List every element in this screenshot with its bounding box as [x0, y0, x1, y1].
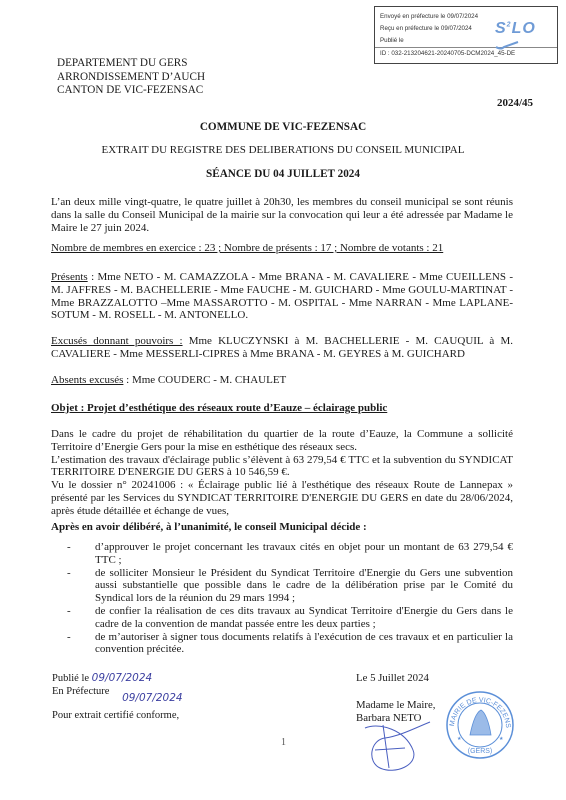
prefecture-line: En Préfecture 09/07/2024: [52, 685, 173, 697]
signatory-title: Madame le Maire,: [356, 699, 435, 712]
published-line: Publié le 09/07/2024: [52, 672, 152, 684]
proxies-label: Excusés donnant pouvoirs :: [51, 335, 183, 347]
svg-text:★: ★: [499, 736, 504, 742]
svg-text:★: ★: [457, 736, 462, 742]
prefecture-handwritten-date: 09/07/2024: [122, 692, 183, 704]
session-title: SÉANCE DU 04 JUILLET 2024: [0, 168, 566, 180]
decision-item-text: de m’autoriser à signer tous documents r…: [95, 631, 513, 656]
context-paragraph-1: Dans le cadre du projet de réhabilitatio…: [51, 428, 513, 454]
checkmark-swoosh-icon: [495, 41, 519, 51]
signature-date: Le 5 Juillet 2024: [356, 672, 429, 685]
decision-heading: Après en avoir délibéré, à l’unanimité, …: [51, 521, 513, 534]
attendance-counts: Nombre de membres en exercice : 23 ; Nom…: [51, 242, 513, 255]
presents-list: Présents : Mme NETO - M. CAMAZZOLA - Mme…: [51, 271, 513, 322]
stamp-received-date: Reçu en préfecture le 09/07/2024: [380, 25, 472, 32]
stamp-published: Publié le: [380, 37, 404, 44]
decision-item-text: d’approuver le projet concernant les tra…: [95, 541, 513, 566]
certified-statement: Pour extrait certifié conforme,: [52, 710, 179, 721]
deliberation-reference: 2024/45: [497, 97, 533, 109]
context-paragraph-2: L’estimation des travaux d'éclairage pub…: [51, 454, 513, 480]
decision-list: -d’approuver le projet concernant les tr…: [51, 541, 513, 656]
proxies-list: Excusés donnant pouvoirs : Mme KLUCZYNSK…: [51, 335, 513, 361]
svg-text:(GERS): (GERS): [468, 748, 493, 755]
decision-item: -de solliciter Monsieur le Président du …: [51, 567, 513, 605]
commune-title: COMMUNE DE VIC-FEZENSAC: [0, 121, 566, 133]
published-label: Publié le: [52, 673, 89, 684]
published-handwritten-date: 09/07/2024: [92, 672, 153, 684]
canton: CANTON DE VIC-FEZENSAC: [57, 84, 205, 98]
department: DEPARTEMENT DU GERS: [57, 57, 205, 71]
absents-names: : Mme COUDERC - M. CHAULET: [123, 374, 286, 386]
extract-title: EXTRAIT DU REGISTRE DES DELIBERATIONS DU…: [0, 144, 566, 156]
slo-logo: S2LO: [495, 20, 557, 56]
handwritten-signature: [355, 720, 435, 775]
decision-item: -de m’autoriser à signer tous documents …: [51, 631, 513, 657]
counts-text: Nombre de membres en exercice : 23 ; Nom…: [51, 242, 443, 254]
page-number: 1: [281, 737, 286, 748]
intro-paragraph: L’an deux mille vingt-quatre, le quatre …: [51, 196, 513, 234]
context-section: Dans le cadre du projet de réhabilitatio…: [51, 428, 513, 518]
absents-list: Absents excusés : Mme COUDERC - M. CHAUL…: [51, 374, 513, 387]
prefecture-label: En Préfecture: [52, 686, 109, 697]
bullet-dash: -: [67, 541, 71, 554]
presents-names: : Mme NETO - M. CAMAZZOLA - Mme BRANA - …: [51, 271, 513, 321]
context-paragraph-3: Vu le dossier n° 20241006 : « Éclairage …: [51, 479, 513, 517]
decision-item: -de confier la réalisation de ces dits t…: [51, 605, 513, 631]
decision-item: -d’approuver le projet concernant les tr…: [51, 541, 513, 567]
prefecture-stamp: Envoyé en préfecture le 09/07/2024 Reçu …: [374, 6, 558, 64]
absents-label: Absents excusés: [51, 374, 123, 386]
decision-item-text: de confier la réalisation de ces dits tr…: [95, 605, 513, 630]
bullet-dash: -: [67, 631, 71, 644]
municipal-seal-icon: MAIRIE DE VIC-FEZENSAC (GERS) ★ ★: [445, 690, 515, 760]
presents-label: Présents: [51, 271, 88, 283]
arrondissement: ARRONDISSEMENT D’AUCH: [57, 71, 205, 85]
stamp-sent-date: Envoyé en préfecture le 09/07/2024: [380, 13, 478, 20]
bullet-dash: -: [67, 567, 71, 580]
administrative-header: DEPARTEMENT DU GERS ARRONDISSEMENT D’AUC…: [57, 57, 205, 98]
bullet-dash: -: [67, 605, 71, 618]
subject-heading: Objet : Projet d’esthétique des réseaux …: [51, 402, 513, 415]
decision-item-text: de solliciter Monsieur le Président du S…: [95, 567, 513, 605]
